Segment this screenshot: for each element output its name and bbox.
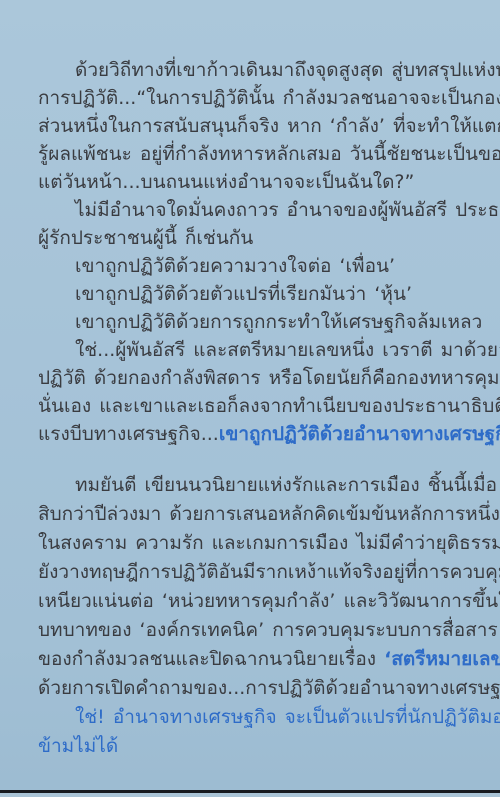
body-text: แต่วันหน้า...บนถนนแห่งอำนาจจะเป็นฉันใด?” [38, 171, 414, 193]
body-text: ในสงคราม ความรัก และเกมการเมือง ไม่มีคำว… [38, 532, 500, 554]
body-text: นั่นเอง และเขาและเธอก็ลงจากทำเนียบของประ… [38, 395, 500, 417]
text-line: ผู้รักประชาชนผู้นี้ ก็เช่นกัน [38, 224, 474, 252]
text-line: เหนียวแน่นต่อ ‘หน่วยทหารคุมกำลัง’ และวิว… [38, 587, 474, 616]
page-edge-margin [0, 793, 500, 797]
body-text: ทมยันตี เขียนนวนิยายแห่งรักและการเมือง ช… [75, 474, 497, 496]
text-line: ปฏิวัติ ด้วยกองกำลังพิสดาร หรือโดยนัยก็ค… [38, 364, 474, 392]
text-line: บทบาทของ ‘องค์กรเทคนิค’ การควบคุมระบบการ… [38, 616, 474, 645]
highlighted-text: ‘สตรีหมายเลขหนึ่ง’ [384, 648, 500, 670]
body-text: เขาถูกปฏิวัติด้วยการถูกกระทำให้เศรษฐกิจล… [75, 311, 482, 333]
text-line: ใช่! อำนาจทางเศรษฐกิจ จะเป็นตัวแปรที่นัก… [38, 703, 474, 732]
highlighted-text: ข้ามไม่ได้ [38, 735, 118, 757]
highlighted-text: ใช่! อำนาจทางเศรษฐกิจ จะเป็นตัวแปรที่นัก… [75, 706, 500, 728]
body-text: สิบกว่าปีล่วงมา ด้วยการเสนอหลักคิดเข้มข้… [38, 503, 500, 525]
body-text: การปฏิวัติ...“ในการปฏิวัตินั้น กำลังมวลช… [38, 87, 500, 109]
text-line: สิบกว่าปีล่วงมา ด้วยการเสนอหลักคิดเข้มข้… [38, 500, 474, 529]
body-text: ด้วยวิถีทางที่เขาก้าวเดินมาถึงจุดสูงสุด … [75, 59, 500, 81]
text-line: ยังวางทฤษฎีการปฏิวัติอันมีรากเหง้าแท้จริ… [38, 558, 474, 587]
text-line: ใช่...ผู้พันอัสรี และสตรีหมายเลขหนึ่ง เว… [38, 336, 474, 364]
text-line: ทมยันตี เขียนนวนิยายแห่งรักและการเมือง ช… [38, 471, 474, 500]
body-text: ด้วยการเปิดคำถามของ...การปฏิวัติด้วยอำนา… [38, 677, 500, 699]
text-line: ไม่มีอำนาจใดมั่นคงถาวร อำนาจของผู้พันอัส… [38, 196, 474, 224]
body-text: เขาถูกปฏิวัติด้วยตัวแปรที่เรียกมันว่า ‘ห… [75, 283, 412, 305]
text-line: ด้วยวิถีทางที่เขาก้าวเดินมาถึงจุดสูงสุด … [38, 56, 474, 84]
text-line: การปฏิวัติ...“ในการปฏิวัตินั้น กำลังมวลช… [38, 84, 474, 112]
text-line: รู้ผลแพ้ชนะ อยู่ที่กำลังทหารหลักเสมอ วัน… [38, 140, 474, 168]
text-line: ของกำลังมวลชนและปิดฉากนวนิยายเรื่อง ‘สตร… [38, 645, 474, 674]
body-text: ปฏิวัติ ด้วยกองกำลังพิสดาร หรือโดยนัยก็ค… [38, 367, 500, 389]
text-line: ข้ามไม่ได้ [38, 732, 474, 761]
text-line: เขาถูกปฏิวัติด้วยตัวแปรที่เรียกมันว่า ‘ห… [38, 280, 474, 308]
body-text: ใช่...ผู้พันอัสรี และสตรีหมายเลขหนึ่ง เว… [75, 339, 500, 361]
body-text: แรงบีบทางเศรษฐกิจ... [38, 423, 219, 445]
text-line: แรงบีบทางเศรษฐกิจ...เขาถูกปฏิวัติด้วยอำน… [38, 420, 474, 448]
text-line: ส่วนหนึ่งในการสนับสนุนก็จริง หาก ‘กำลัง’… [38, 112, 474, 140]
text-line: ในสงคราม ความรัก และเกมการเมือง ไม่มีคำว… [38, 529, 474, 558]
body-text: เหนียวแน่นต่อ ‘หน่วยทหารคุมกำลัง’ และวิว… [38, 590, 500, 612]
body-text: ไม่มีอำนาจใดมั่นคงถาวร อำนาจของผู้พันอัส… [75, 199, 500, 221]
text-line: เขาถูกปฏิวัติด้วยการถูกกระทำให้เศรษฐกิจล… [38, 308, 474, 336]
page-text-block: ด้วยวิถีทางที่เขาก้าวเดินมาถึงจุดสูงสุด … [38, 56, 474, 761]
body-text: เขาถูกปฏิวัติด้วยความวางใจต่อ ‘เพื่อน’ [75, 255, 395, 277]
text-line: นั่นเอง และเขาและเธอก็ลงจากทำเนียบของประ… [38, 392, 474, 420]
body-text: ส่วนหนึ่งในการสนับสนุนก็จริง หาก ‘กำลัง’… [38, 115, 500, 137]
highlighted-text: เขาถูกปฏิวัติด้วยอำนาจทางเศรษฐกิจ [219, 423, 500, 445]
body-text: บทบาทของ ‘องค์กรเทคนิค’ การควบคุมระบบการ… [38, 619, 500, 641]
body-text: ยังวางทฤษฎีการปฏิวัติอันมีรากเหง้าแท้จริ… [38, 561, 500, 583]
text-line: เขาถูกปฏิวัติด้วยความวางใจต่อ ‘เพื่อน’ [38, 252, 474, 280]
text-line: ด้วยการเปิดคำถามของ...การปฏิวัติด้วยอำนา… [38, 674, 474, 703]
body-text: ของกำลังมวลชนและปิดฉากนวนิยายเรื่อง [38, 648, 384, 670]
body-text: ผู้รักประชาชนผู้นี้ ก็เช่นกัน [38, 227, 253, 249]
text-line: แต่วันหน้า...บนถนนแห่งอำนาจจะเป็นฉันใด?” [38, 168, 474, 196]
body-text: รู้ผลแพ้ชนะ อยู่ที่กำลังทหารหลักเสมอ วัน… [38, 143, 500, 165]
book-page: ด้วยวิถีทางที่เขาก้าวเดินมาถึงจุดสูงสุด … [0, 0, 500, 797]
